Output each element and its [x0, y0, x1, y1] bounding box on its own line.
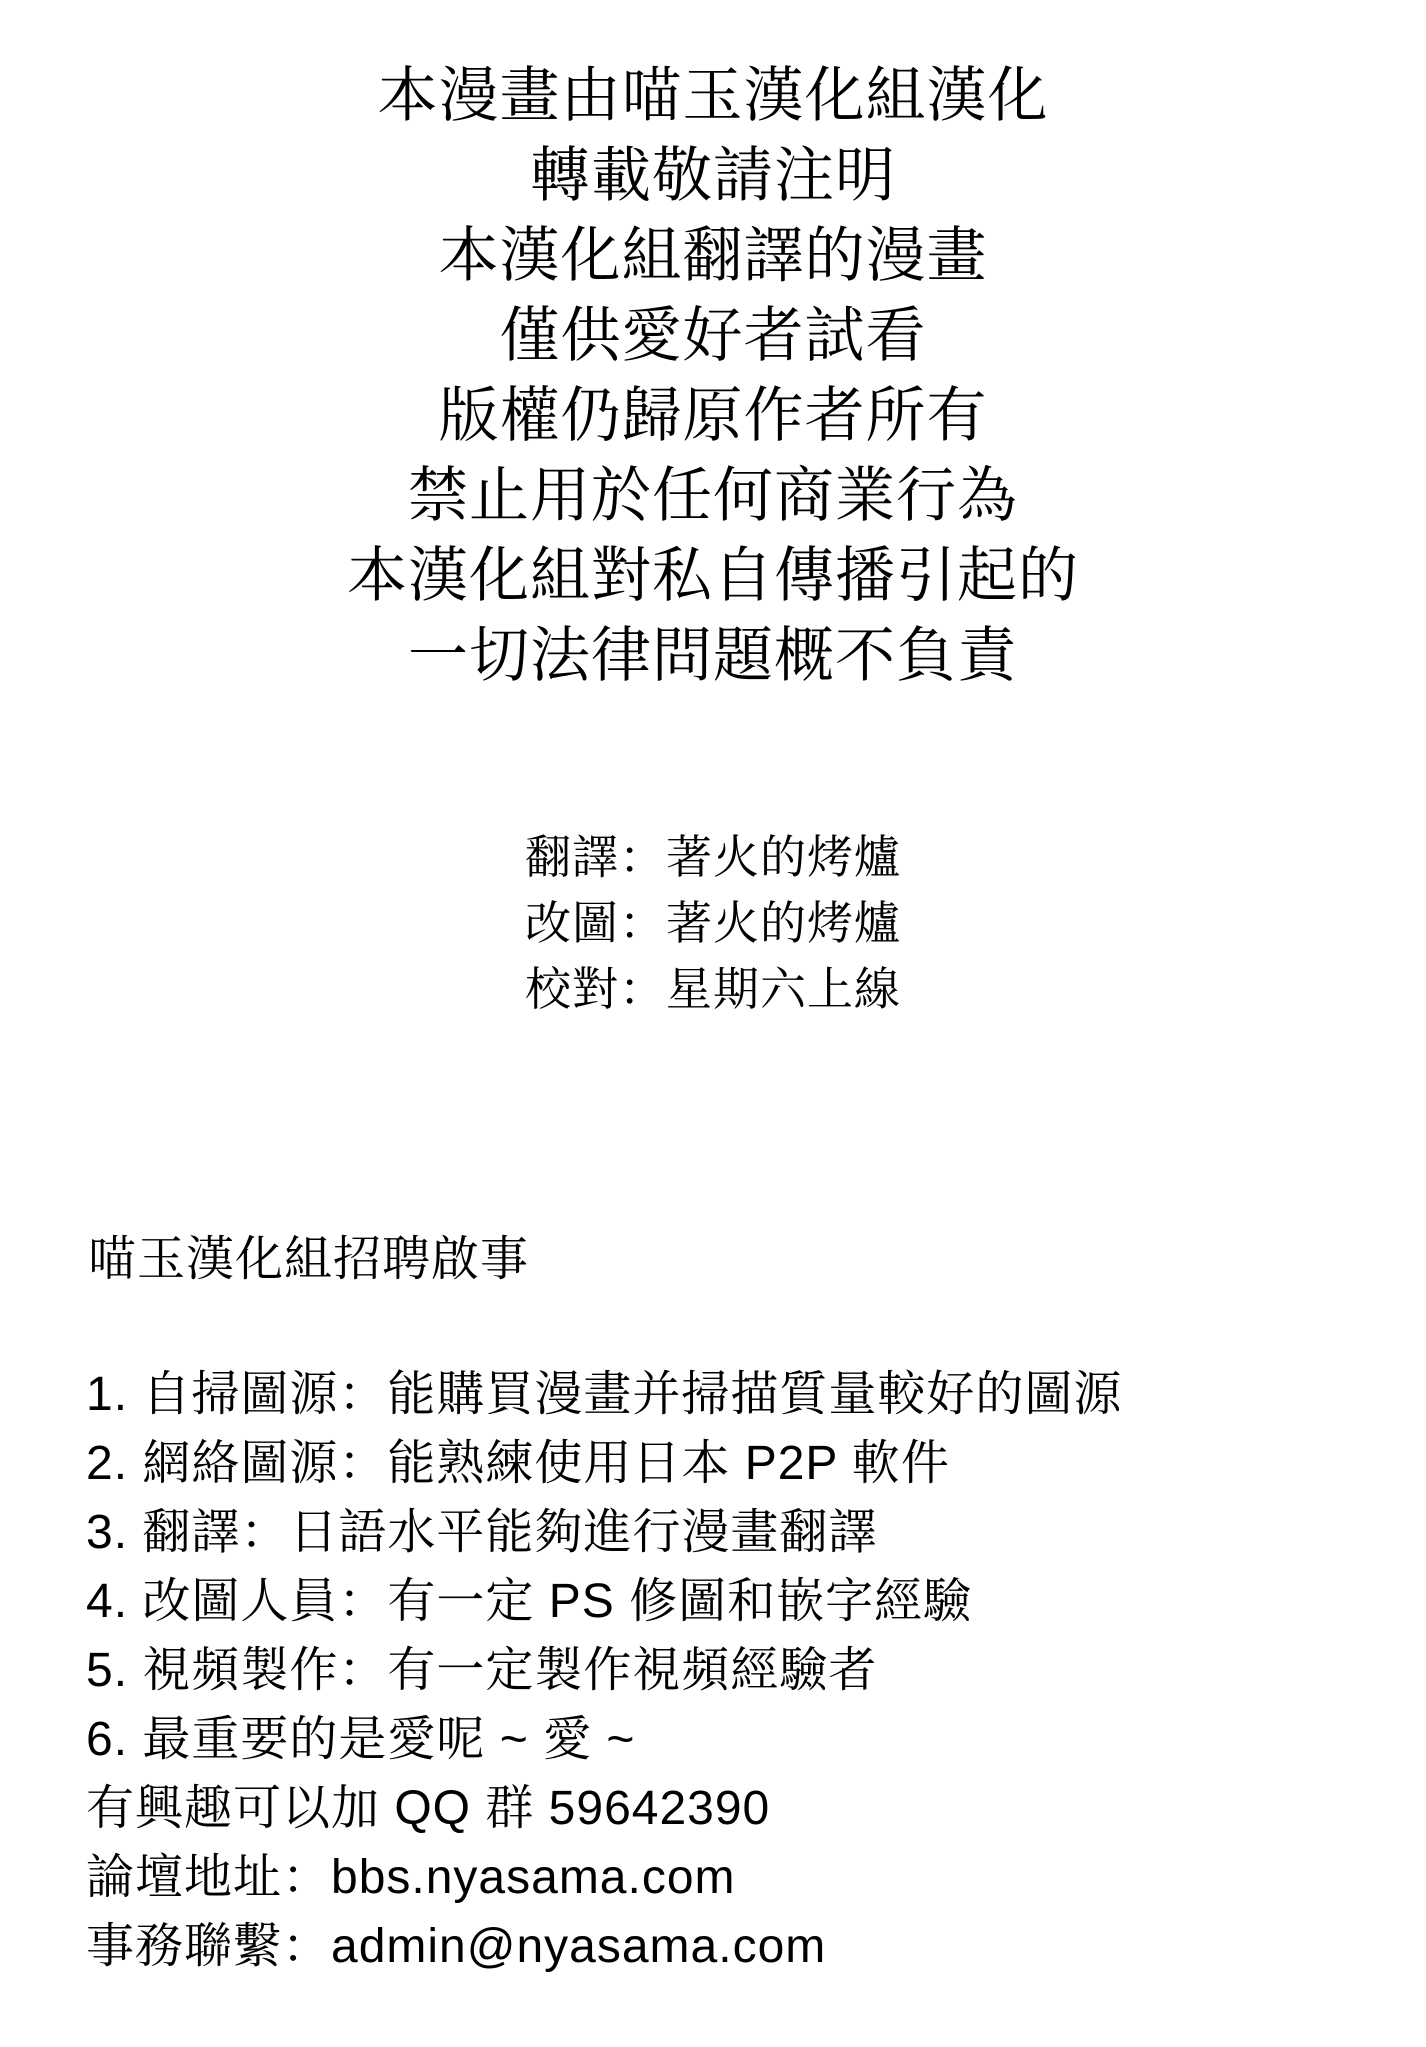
recruitment-item: 3. 翻譯：日語水平能夠進行漫畫翻譯 [86, 1498, 1426, 1567]
recruitment-item: 5. 視頻製作：有一定製作視頻經驗者 [86, 1636, 1426, 1705]
recruitment-item: 6. 最重要的是愛呢 ~ 愛 ~ [86, 1705, 1426, 1774]
recruitment-item: 2. 網絡圖源：能熟練使用日本 P2P 軟件 [86, 1429, 1426, 1498]
credit-line-editor: 改圖：著火的烤爐 [0, 890, 1426, 956]
credit-line-translator: 翻譯：著火的烤爐 [0, 824, 1426, 890]
notice-line: 本漫畫由喵玉漢化組漢化 [0, 56, 1426, 136]
notice-line: 本漢化組對私自傳播引起的 [0, 536, 1426, 616]
contact-email-line: 事務聯繫：admin@nyasama.com [86, 1912, 1426, 1981]
notice-line: 轉載敬請注明 [0, 136, 1426, 216]
recruitment-heading: 喵玉漢化組招聘啟事 [0, 1230, 1426, 1290]
staff-credits-block: 翻譯：著火的烤爐 改圖：著火的烤爐 校對：星期六上線 [0, 824, 1426, 1022]
forum-address-line: 論壇地址：bbs.nyasama.com [86, 1843, 1426, 1912]
recruitment-item: 1. 自掃圖源：能購買漫畫并掃描質量較好的圖源 [86, 1360, 1426, 1429]
notice-line: 僅供愛好者試看 [0, 296, 1426, 376]
notice-line: 禁止用於任何商業行為 [0, 456, 1426, 536]
qq-group-line: 有興趣可以加 QQ 群 59642390 [86, 1774, 1426, 1843]
notice-line: 一切法律問題概不負責 [0, 616, 1426, 696]
credit-line-proofreader: 校對：星期六上線 [0, 956, 1426, 1022]
recruitment-item: 4. 改圖人員：有一定 PS 修圖和嵌字經驗 [86, 1567, 1426, 1636]
disclaimer-block: 本漫畫由喵玉漢化組漢化 轉載敬請注明 本漢化組翻譯的漫畫 僅供愛好者試看 版權仍… [0, 0, 1426, 696]
notice-line: 版權仍歸原作者所有 [0, 376, 1426, 456]
notice-line: 本漢化組翻譯的漫畫 [0, 216, 1426, 296]
credits-page: 本漫畫由喵玉漢化組漢化 轉載敬請注明 本漢化組翻譯的漫畫 僅供愛好者試看 版權仍… [0, 0, 1426, 2047]
recruitment-list: 1. 自掃圖源：能購買漫畫并掃描質量較好的圖源 2. 網絡圖源：能熟練使用日本 … [0, 1360, 1426, 1981]
